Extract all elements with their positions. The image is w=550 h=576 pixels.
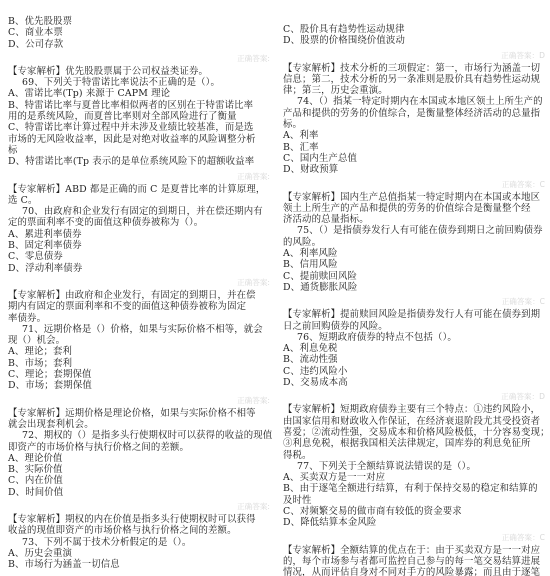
analysis-text: 【专家解析】全额结算的优点在于：由于买卖双方是一一对应 — [283, 545, 545, 556]
question-stem: 74、（）指某一特定时期内在本国或本地区领土上所生产的 — [283, 96, 545, 107]
option-c: C、商业本票 — [8, 27, 270, 38]
option-a: A、买卖双方是一一对应 — [283, 472, 545, 483]
option-a: A、利息免税 — [283, 343, 545, 354]
option-b: B、固定利率债券 — [8, 240, 270, 251]
option-b: B、汇率 — [283, 142, 545, 153]
analysis-text: 济活动的总量指标。 — [283, 214, 545, 225]
analysis-text: 【专家解析】由政府和企业发行，有固定的到期日，并在偿 — [8, 290, 270, 301]
option-a: A、利率风险 — [283, 248, 545, 259]
option-d: D、财政预算 — [283, 164, 545, 175]
answer-watermark: 正确答案: — [8, 395, 270, 406]
analysis-text: 【专家解析】优先股股票属于公司权益类证券。 — [8, 66, 270, 77]
answer-watermark: 正确答案：C — [283, 296, 545, 307]
option-d: D、通货膨胀风险 — [283, 282, 545, 293]
analysis-text: 律；第三，历史会重演。 — [283, 85, 545, 96]
question-stem-cont: 标。 — [283, 119, 545, 130]
option-c: C、理论；套期保值 — [8, 369, 270, 380]
option-a: A、理论；套利 — [8, 346, 270, 357]
option-b-cont: 用的是系统风险，而夏普比率则对全部风险进行了衡量 — [8, 111, 270, 122]
analysis-text: 选 C。 — [8, 195, 270, 206]
option-b: B、市场行为涵盖一切信息 — [8, 559, 270, 570]
option-b: B、特雷诺比率与夏普比率相似两者的区别在于特雷诺比率 — [8, 100, 270, 111]
option-d: D、特雷诺比率(Tp 表示的是单位系统风险下的超额收益率 — [8, 156, 270, 167]
question-stem: 73、下列不属于技术分析假定的是（）。 — [8, 537, 270, 548]
option-c: C、国内生产总值 — [283, 153, 545, 164]
analysis-text: 【专家解析】技术分析的三项假定：第一，市场行为涵盖一切 — [283, 63, 545, 74]
analysis-text: 期内有固定的票面利率和不变的面值这种债券被称为固定 — [8, 301, 270, 312]
analysis-text: 【专家解析】短期政府债券主要有三个特点：①违约风险小， — [283, 404, 545, 415]
option-b: B、信用风险 — [283, 259, 545, 270]
analysis-text: 率债券。 — [8, 313, 270, 324]
analysis-text: 信息；第二，技术分析的另一条准则是股价具有趋势性运动规 — [283, 74, 545, 85]
question-stem-cont: 定的票面利率不变的面值这种债券被称为（）。 — [8, 217, 270, 228]
option-c: C、零息债券 — [8, 251, 270, 262]
answer-watermark: 正确答案: — [8, 277, 270, 288]
analysis-text: 【专家解析】提前赎回风险是指债券发行人有可能在债券到期 — [283, 309, 545, 320]
option-b-cont: 及时性 — [283, 495, 545, 506]
analysis-text: 得税。 — [283, 450, 545, 461]
option-c: C、内在价值 — [8, 475, 270, 486]
analysis-text: 【专家解析】远期价格是理论价格，如果与实际价格不相等 — [8, 408, 270, 419]
analysis-text: 收益的现值即资产的市场价格与执行价格之间的差额。 — [8, 525, 270, 536]
analysis-text: 【专家解析】期权的内在价值是指多头行使期权时可以获得 — [8, 514, 270, 525]
analysis-text: 情况，从而评估自身对不同对手方的风险暴露；而且由于逐笔 — [283, 567, 545, 576]
option-a: A、理论价值 — [8, 453, 270, 464]
option-d: D、公司存款 — [8, 39, 270, 50]
option-d: D、浮动利率债券 — [8, 263, 270, 274]
question-stem-cont: 即资产的市场价格与执行价格之间的差额。 — [8, 442, 270, 453]
answer-watermark: 正确答案：D — [283, 391, 545, 402]
option-a: A、历史会重演 — [8, 548, 270, 559]
analysis-text: 喜爱；②流动性强，交易成本和价格风险极低，十分容易变现； — [283, 427, 545, 438]
analysis-text: 就会出现套利机会。 — [8, 419, 270, 430]
option-a: A、利率 — [283, 130, 545, 141]
option-c-cont: 标 — [8, 145, 270, 156]
analysis-text: 领土上所生产的产品和提供的劳务的价值综合是衡量整个经 — [283, 203, 545, 214]
option-d: D、股票的价格围绕价值波动 — [283, 35, 545, 46]
question-stem: 71、远期价格是（）价格，如果与实际价格不相等，就会 — [8, 324, 270, 335]
option-c: C、提前赎回风险 — [283, 271, 545, 282]
right-column: C、股价具有趋势性运动规律 D、股票的价格围绕价值波动 正确答案：D 【专家解析… — [283, 0, 545, 576]
answer-watermark: 正确答案: — [8, 171, 270, 182]
answer-watermark: 正确答案：C — [283, 532, 545, 543]
question-stem-cont: 现（）机会。 — [8, 335, 270, 346]
option-b: B、优先股股票 — [8, 16, 270, 27]
option-d: D、降低结算本金风险 — [283, 517, 545, 528]
analysis-text: 日之前回购债券的风险。 — [283, 321, 545, 332]
question-stem: 77、下列关于全额结算说法错误的是（）。 — [283, 461, 545, 472]
question-stem: 75、（）是指债券发行人有可能在债券到期日之前回购债券 — [283, 225, 545, 236]
question-stem-cont: 产品和提供的劳务的价值综合，是衡量整体经济活动的总量指 — [283, 108, 545, 119]
question-stem-cont: 的风险。 — [283, 237, 545, 248]
answer-watermark: 正确答案: — [8, 53, 270, 64]
option-b: B、由于逐笔全额进行结算，有利于保持交易的稳定和结算的 — [283, 483, 545, 494]
analysis-text: 【专家解析】ABD 都是正确的而 C 是夏普比率的计算原理， — [8, 184, 270, 195]
analysis-text: ③利息免税，根据我国相关法律规定，国库券的利息免征所 — [283, 438, 545, 449]
option-c: C、特雷诺比率计算过程中并未涉及业绩比较基准，而是选 — [8, 122, 270, 133]
question-stem: 69、下列关于特雷诺比率说法不正确的是（）。 — [8, 77, 270, 88]
option-a: A、雷诺比率(Tp) 来源于 CAPM 理论 — [8, 88, 270, 99]
analysis-text: 由国家信用和财政收入作保证，在经济衰退阶段尤其受投资者 — [283, 416, 545, 427]
option-c: C、违约风险小 — [283, 366, 545, 377]
answer-watermark: 正确答案：D — [283, 50, 545, 61]
question-stem: 72、期权的（）是指多头行使期权时可以获得的收益的现值 — [8, 430, 270, 441]
option-b: B、流动性强 — [283, 354, 545, 365]
analysis-text: 的，每个市场参与者都可监控自己参与的每一笔交易结算进展 — [283, 556, 545, 567]
option-d: D、时间价值 — [8, 487, 270, 498]
answer-watermark: 正确答案：C — [283, 179, 545, 190]
option-a: A、累进利率债券 — [8, 229, 270, 240]
left-column: B、优先股股票 C、商业本票 D、公司存款 正确答案: 【专家解析】优先股股票属… — [8, 0, 270, 570]
analysis-text: 【专家解析】国内生产总值指某一特定时期内在本国或本地区 — [283, 192, 545, 203]
option-d: D、交易成本高 — [283, 377, 545, 388]
question-stem: 76、短期政府债券的特点不包括（）。 — [283, 332, 545, 343]
option-b: B、市场；套利 — [8, 358, 270, 369]
question-stem: 70、由政府和企业发行有固定的到期日，并在偿还期内有 — [8, 206, 270, 217]
option-b: B、实际价值 — [8, 464, 270, 475]
answer-watermark: 正确答案: — [8, 501, 270, 512]
option-c: C、股价具有趋势性运动规律 — [283, 24, 545, 35]
option-d: D、市场；套期保值 — [8, 380, 270, 391]
option-c-cont: 市场的无风险收益率，因此是对绝对收益率的风险调整分析 — [8, 134, 270, 145]
option-c: C、对频繁交易的做市商有较低的资金要求 — [283, 506, 545, 517]
